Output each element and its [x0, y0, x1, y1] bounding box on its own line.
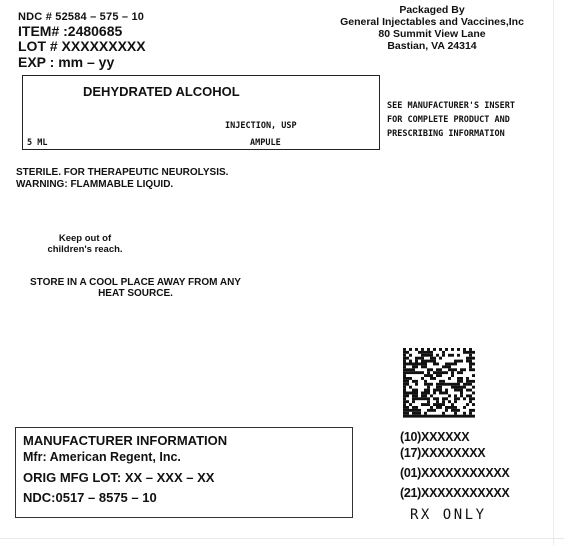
datamatrix-barcode-icon [403, 348, 475, 418]
manufacturer-box: MANUFACTURER INFORMATION Mfr: American R… [15, 427, 353, 518]
original-lot: ORIG MFG LOT: XX – XXX – XX [23, 470, 214, 485]
product-volume: 5 ML [27, 138, 47, 148]
manufacturer-name: Mfr: American Regent, Inc. [23, 450, 181, 464]
insert-line: FOR COMPLETE PRODUCT AND [387, 113, 515, 127]
children-warning-line: Keep out of [30, 233, 140, 244]
packager-block: Packaged By General Injectables and Vacc… [300, 4, 564, 52]
packager-city: Bastian, VA 24314 [300, 40, 564, 52]
manufacturer-ndc: NDC:0517 – 8575 – 10 [23, 490, 157, 505]
rx-only-label: RX ONLY [410, 507, 487, 523]
product-box: DEHYDRATED ALCOHOL INJECTION, USP AMPULE… [22, 75, 380, 150]
packager-heading: Packaged By [300, 4, 564, 16]
scan-edge-vertical [553, 0, 554, 545]
barcode-hri-17: (17)XXXXXXXX [400, 446, 485, 460]
product-name: DEHYDRATED ALCOHOL [83, 84, 240, 99]
barcode-hri-10: (10)XXXXXX [400, 430, 469, 444]
storage-instructions: STORE IN A COOL PLACE AWAY FROM ANY HEAT… [18, 277, 253, 299]
manufacturer-title: MANUFACTURER INFORMATION [23, 433, 227, 448]
storage-line: HEAT SOURCE. [18, 288, 253, 299]
barcode-hri-01: (01)XXXXXXXXXXX [400, 466, 509, 480]
flammable-warning: WARNING: FLAMMABLE LIQUID. [16, 179, 173, 190]
barcode-hri-21: (21)XXXXXXXXXXX [400, 486, 509, 500]
storage-line: STORE IN A COOL PLACE AWAY FROM ANY [18, 277, 253, 288]
scan-edge-horizontal [0, 538, 564, 539]
packager-company: General Injectables and Vaccines,Inc [300, 16, 564, 28]
insert-notice: SEE MANUFACTURER'S INSERT FOR COMPLETE P… [387, 99, 515, 141]
item-number: ITEM# :2480685 [18, 23, 122, 39]
insert-line: SEE MANUFACTURER'S INSERT [387, 99, 515, 113]
product-form: INJECTION, USP [225, 121, 297, 131]
children-warning-line: children's reach. [30, 244, 140, 255]
children-warning: Keep out of children's reach. [30, 233, 140, 255]
product-container: AMPULE [250, 138, 281, 148]
packager-street: 80 Summit View Lane [300, 28, 564, 40]
insert-line: PRESCRIBING INFORMATION [387, 127, 515, 141]
lot-number: LOT # XXXXXXXXX [18, 38, 146, 54]
ndc-number: NDC # 52584 – 575 – 10 [18, 11, 144, 23]
expiration-date: EXP : mm – yy [18, 54, 114, 70]
sterile-statement: STERILE. FOR THERAPEUTIC NEUROLYSIS. [16, 167, 228, 178]
